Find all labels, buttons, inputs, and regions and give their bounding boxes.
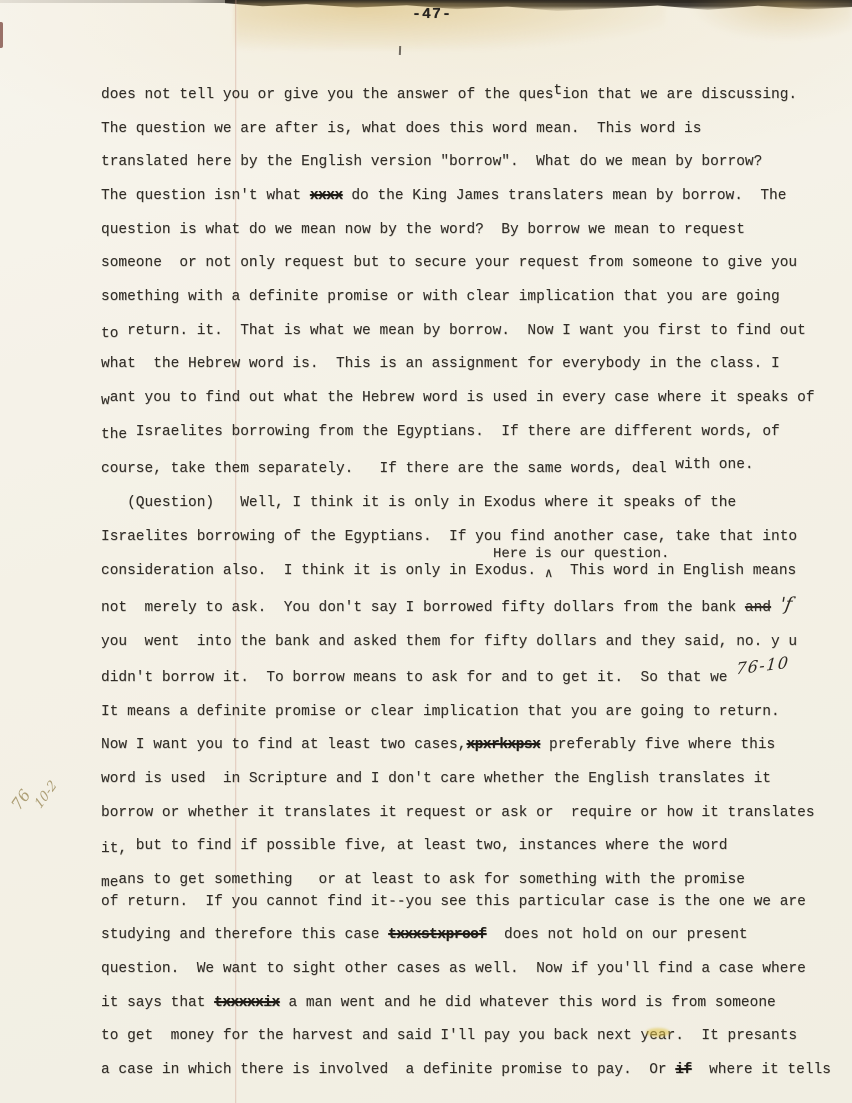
typed-segment: does not tell you or give you the answer… [101, 87, 553, 103]
typed-line: word is used in Scripture and I don't ca… [101, 763, 852, 797]
typed-line: what the Hebrew word is. This is an assi… [101, 348, 852, 382]
typed-line: a case in which there is involved a defi… [101, 1054, 852, 1088]
typed-line: something with a definite promise or wit… [101, 281, 852, 315]
typed-segment: does not hold on our present [487, 927, 748, 943]
typed-line: not merely to ask. You don't say I borro… [101, 589, 852, 626]
typed-line: The question we are after is, what does … [101, 113, 852, 147]
typed-segment: a case in which there is involved a defi… [101, 1062, 675, 1078]
typed-line: to return. it. That is what we mean by b… [101, 315, 852, 349]
typed-segment-low: w [101, 385, 110, 419]
typed-line: to get money for the harvest and said I'… [101, 1020, 852, 1054]
typed-segment: of return. If you cannot find it--you se… [101, 894, 806, 910]
typed-segment: borrow or whether it translates it reque… [101, 805, 815, 821]
typed-line: does not tell you or give you the answer… [101, 79, 852, 113]
typed-line: Now I want you to find at least two case… [101, 729, 852, 763]
typed-line: (Question) Well, I think it is only in E… [101, 487, 852, 521]
typed-segment: The question isn't what [101, 188, 310, 204]
typed-line: studying and therefore this case txxxstx… [101, 919, 852, 953]
typed-segment: Israelites borrowing from the Egyptians.… [127, 424, 780, 440]
typed-segment: Israelites borrowing of the Egyptians. I… [101, 529, 797, 545]
typed-segment: question. We want to sight other cases a… [101, 961, 806, 977]
typed-line: consideration also. I think it is only i… [101, 554, 852, 589]
typed-segment-hand: 'f [777, 588, 795, 622]
typed-segment: something with a definite promise or wit… [101, 289, 780, 305]
typed-segment: translated here by the English version "… [101, 154, 762, 170]
typed-line: question. We want to sight other cases a… [101, 953, 852, 987]
typed-line: translated here by the English version "… [101, 146, 852, 180]
typed-line: of return. If you cannot find it--you se… [101, 886, 852, 920]
typed-line: it, but to find if possible five, at lea… [101, 830, 852, 864]
typed-segment-caret: ∧ [545, 557, 553, 591]
inserted-annotation-line: Here is our question. [493, 546, 669, 562]
typed-segment: word is used in Scripture and I don't ca… [101, 771, 771, 787]
typed-segment: It means a definite promise or clear imp… [101, 704, 780, 720]
typed-line: didn't borrow it. To borrow means to ask… [101, 659, 852, 696]
scan-edge-artifact [225, 0, 852, 12]
typed-segment-low: the [101, 419, 127, 453]
typed-segment: it says that [101, 995, 214, 1011]
typed-segment: This word in English means [553, 563, 797, 579]
typed-segment: studying and therefore this case [101, 927, 388, 943]
typed-segment-strike: xpxrkxpsx [466, 737, 540, 753]
typed-segment: where it tells [692, 1062, 831, 1078]
typed-segment-strike: if [675, 1062, 691, 1078]
typed-segment-strike: txxxxxix [214, 995, 280, 1011]
typed-line: It means a definite promise or clear imp… [101, 696, 852, 730]
typed-segment: The question we are after is, what does … [101, 121, 701, 137]
typed-segment: return. it. That is what we mean by borr… [118, 323, 805, 339]
typed-segment: not merely to ask. You don't say I borro… [101, 600, 745, 616]
typed-segment: ant you to find out what the Hebrew word… [110, 390, 815, 406]
typed-segment: ion that we are discussing. [562, 87, 797, 103]
typed-segment: what the Hebrew word is. This is an assi… [101, 356, 780, 372]
typed-segment: course, take them separately. If there a… [101, 461, 675, 477]
typed-segment-low: to [101, 318, 118, 352]
typed-segment: do the King James translaters mean by bo… [343, 188, 787, 204]
typed-segment: you went into the bank and asked them fo… [101, 634, 797, 650]
typed-line: want you to find out what the Hebrew wor… [101, 382, 852, 416]
typed-segment: to get money for the harvest and said I'… [101, 1028, 797, 1044]
typed-text-block: does not tell you or give you the answer… [101, 79, 852, 1088]
typed-line: The question isn't what xxxx do the King… [101, 180, 852, 214]
typed-segment: but to find if possible five, at least t… [127, 838, 727, 854]
typed-line: someone or not only request but to secur… [101, 247, 852, 281]
typed-segment: a man went and he did whatever this word… [280, 995, 776, 1011]
typed-segment: Now I want you to find at least two case… [101, 737, 466, 753]
typed-segment: didn't borrow it. To borrow means to ask… [101, 670, 736, 686]
typed-line: Israelites borrowing of the Egyptians. I… [101, 521, 852, 555]
typed-segment: (Question) Well, I think it is only in E… [101, 495, 736, 511]
typed-segment-del: and [745, 600, 771, 616]
typed-segment-high: t [553, 75, 562, 109]
typed-segment: preferably five where this [540, 737, 775, 753]
typed-segment-low: it, [101, 833, 127, 867]
typed-segment-handsup: 76-10 [735, 646, 791, 687]
typed-segment-strike: txxxstxproof [388, 927, 486, 943]
stray-mark [399, 46, 401, 55]
left-edge-mark [0, 22, 3, 48]
typed-segment: consideration also. I think it is only i… [101, 563, 545, 579]
document-page: -47- does not tell you or give you the a… [0, 0, 852, 1103]
typed-line: question is what do we mean now by the w… [101, 214, 852, 248]
typed-line: borrow or whether it translates it reque… [101, 797, 852, 831]
handwritten-margin-note: 76 10-2 [6, 747, 76, 825]
typed-segment: question is what do we mean now by the w… [101, 222, 745, 238]
typed-segment-high: with one. [675, 449, 753, 483]
typed-line: it says that txxxxxix a man went and he … [101, 987, 852, 1021]
typed-segment-low: me [101, 867, 118, 901]
page-number: -47- [412, 6, 452, 23]
typed-segment-strike: xxxx [310, 188, 343, 204]
typed-line: course, take them separately. If there a… [101, 453, 852, 487]
typed-line: the Israelites borrowing from the Egypti… [101, 416, 852, 450]
typed-segment: someone or not only request but to secur… [101, 255, 797, 271]
